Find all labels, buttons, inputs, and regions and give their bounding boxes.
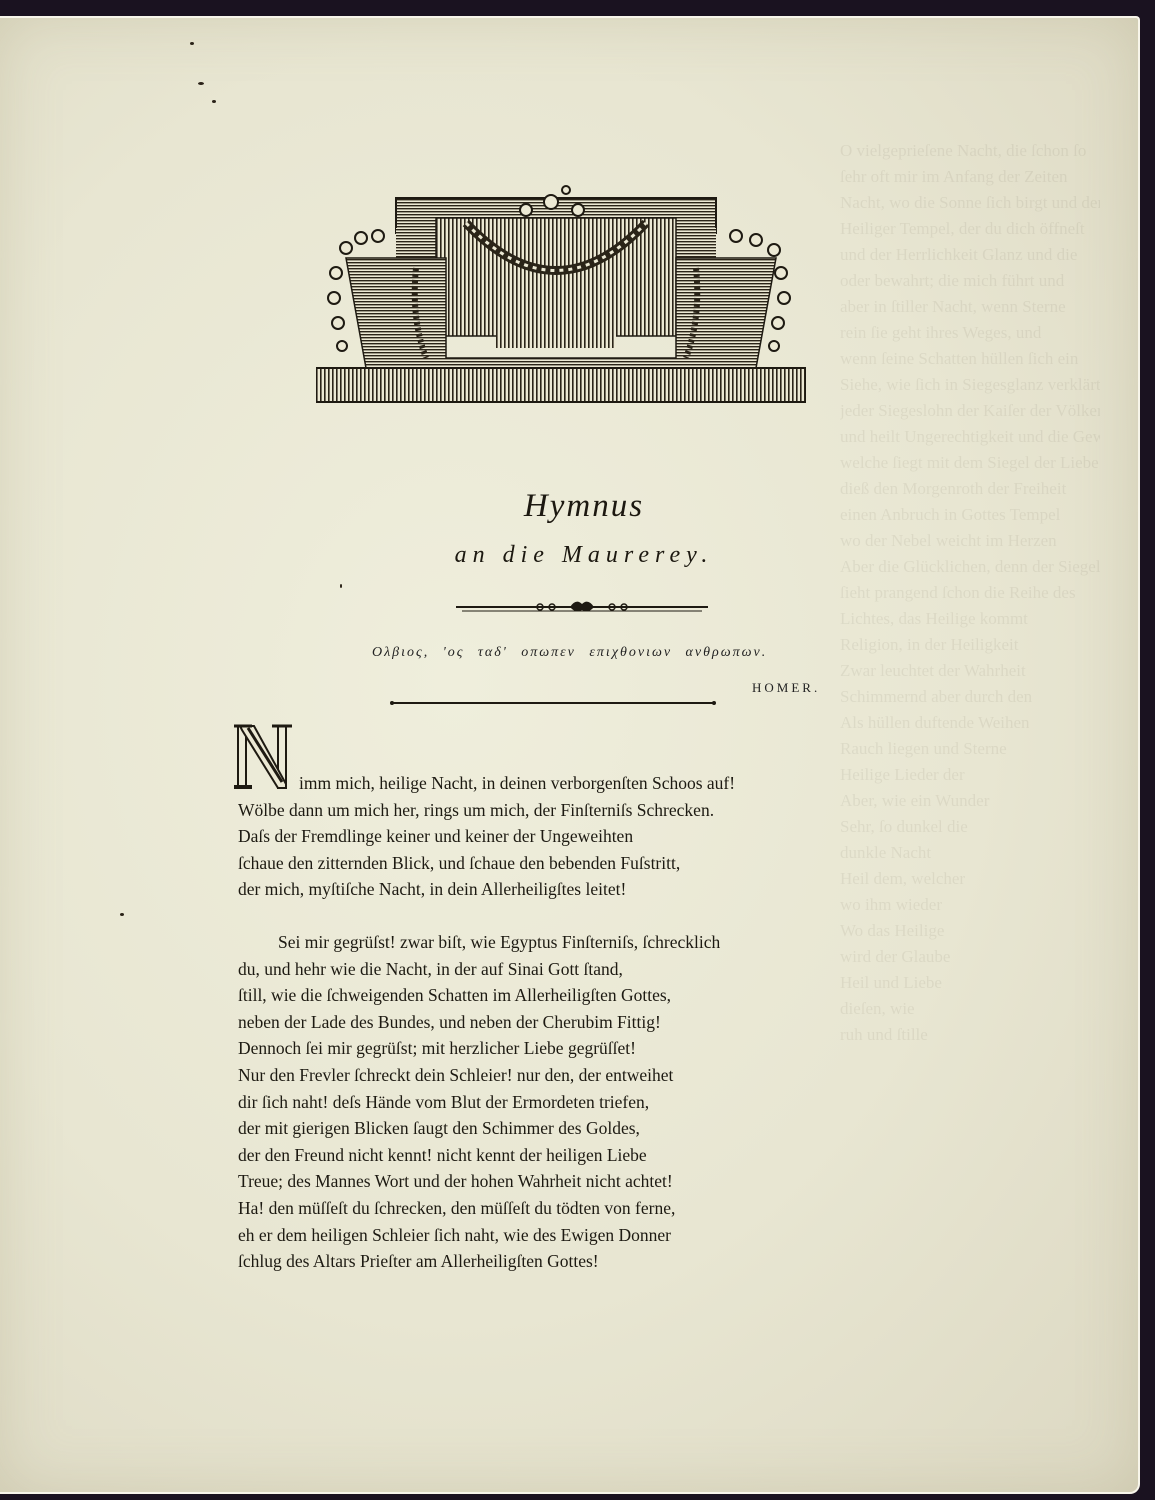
document-page: O vielgeprieſene Nacht, die ſchon ſo ſeh… (0, 16, 1140, 1494)
poem-line: Daſs der Fremdlinge keiner und keiner de… (238, 823, 878, 850)
poem-body: imm mich, heilige Nacht, in deinen verbo… (238, 770, 878, 1275)
ink-speck (340, 584, 342, 588)
show-through-text: O vielgeprieſene Nacht, die ſchon ſo ſeh… (840, 138, 1100, 1298)
altar-vignette-ornament (316, 178, 806, 404)
ink-speck (190, 42, 194, 45)
poem-line: der den Freund nicht kennt! nicht kennt … (238, 1142, 878, 1169)
ink-speck (212, 100, 216, 103)
poem-line: eh er dem heiligen Schleier ſich naht, w… (238, 1222, 878, 1249)
poem-line: Nur den Frevler ſchreckt dein Schleier! … (238, 1062, 878, 1089)
poem-line: Dennoch ſei mir gegrüſst; mit herzlicher… (238, 1035, 878, 1062)
flourish-divider-ornament (452, 598, 712, 618)
ink-speck (120, 913, 124, 916)
poem-line: neben der Lade des Bundes, und neben der… (238, 1009, 878, 1036)
poem-line: dir ſich naht! deſs Hände vom Blut der E… (238, 1089, 878, 1116)
poem-line: Wölbe dann um mich her, rings um mich, d… (238, 797, 878, 824)
ink-speck (198, 82, 204, 85)
subtitle-an-die-maurerey: an die Maurerey. (0, 542, 1138, 569)
stanza-gap (238, 903, 878, 929)
poem-line: Sei mir gegrüſst! zwar biſt, wie Egyptus… (238, 929, 878, 956)
poem-line: Ha! den müſſeſt du ſchrecken, den müſſeſ… (238, 1195, 878, 1222)
horizontal-rule (392, 702, 714, 704)
poem-line: Treue; des Mannes Wort und der hohen Wah… (238, 1168, 878, 1195)
poem-line: der mich, myſtiſche Nacht, in dein Aller… (238, 876, 878, 903)
greek-epigraph: Ολβιος, 'ος ταδ' οπωπεν επιχθονιων ανθρω… (372, 645, 767, 661)
poem-line: ſchlug des Altars Prieſter am Allerheili… (238, 1248, 878, 1275)
title-hymnus: Hymnus (0, 488, 1138, 525)
poem-line: ſchaue den zitternden Blick, und ſchaue … (238, 850, 878, 877)
epigraph-attribution: HOMER. (752, 680, 820, 696)
poem-line: ſtill, wie die ſchweigenden Schatten im … (238, 982, 878, 1009)
poem-line: der mit gierigen Blicken ſaugt den Schim… (238, 1115, 878, 1142)
poem-line: du, und hehr wie die Nacht, in der auf S… (238, 956, 878, 983)
poem-line: imm mich, heilige Nacht, in deinen verbo… (238, 770, 878, 797)
